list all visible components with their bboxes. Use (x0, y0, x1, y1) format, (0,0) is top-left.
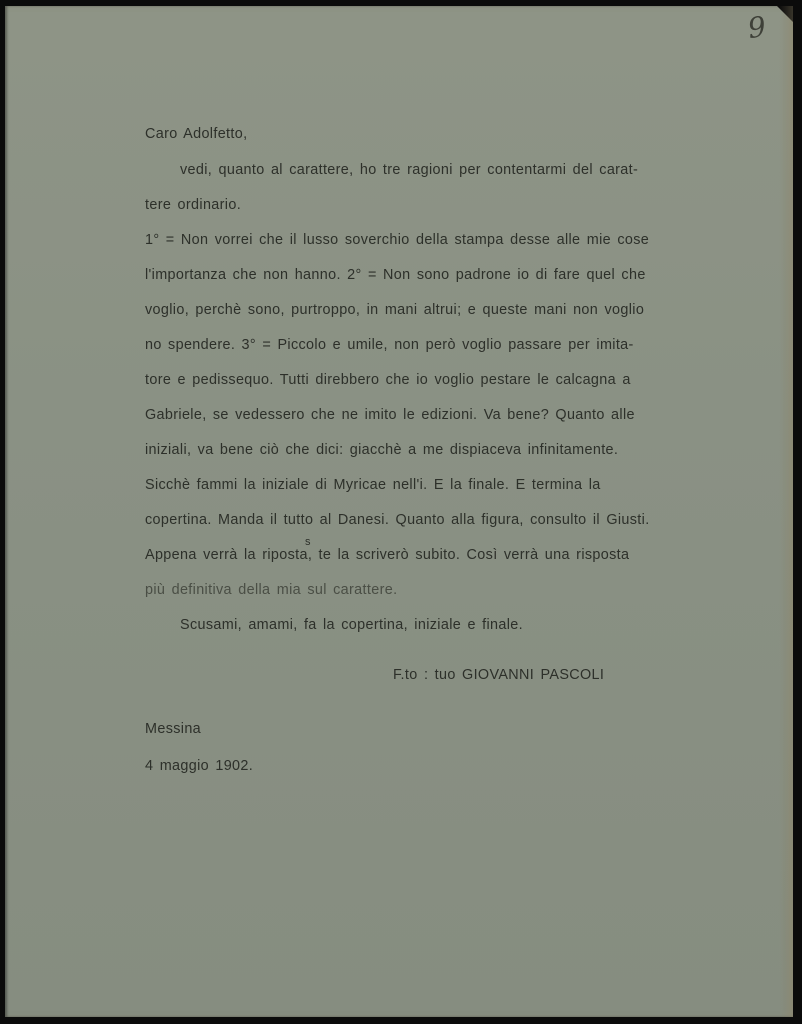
date: 4 maggio 1902. (145, 756, 253, 776)
body-line: Sicchè fammi la iniziale di Myricae nell… (145, 475, 601, 495)
body-line: copertina. Manda il tutto al Danesi. Qua… (145, 510, 650, 530)
body-line: no spendere. 3° = Piccolo e umile, non p… (145, 335, 634, 355)
closing-line: Scusami, amami, fa la copertina, inizial… (180, 615, 523, 635)
place: Messina (145, 719, 201, 739)
handwritten-page-number: 9 (746, 13, 768, 43)
salutation: Caro Adolfetto, (145, 124, 247, 144)
body-line: tore e pedissequo. Tutti direbbero che i… (145, 370, 631, 390)
body-line: tere ordinario. (145, 195, 241, 215)
body-line: iniziali, va bene ciò che dici: giacchè … (145, 440, 618, 460)
body-line: Gabriele, se vedessero che ne imito le e… (145, 405, 635, 425)
signature: F.to : tuo GIOVANNI PASCOLI (393, 665, 604, 685)
body-line: più definitiva della mia sul carattere. (145, 580, 397, 600)
folded-corner (777, 6, 793, 22)
body-line: vedi, quanto al carattere, ho tre ragion… (180, 160, 638, 180)
scan-frame: 9 Caro Adolfetto, vedi, quanto al caratt… (0, 0, 802, 1024)
body-line: voglio, perchè sono, purtroppo, in mani … (145, 300, 644, 320)
body-line: Appena verrà la riposta, te la scriverò … (145, 545, 629, 565)
body-line: 1° = Non vorrei che il lusso soverchio d… (145, 230, 649, 250)
body-line: l'importanza che non hanno. 2° = Non son… (145, 265, 646, 285)
